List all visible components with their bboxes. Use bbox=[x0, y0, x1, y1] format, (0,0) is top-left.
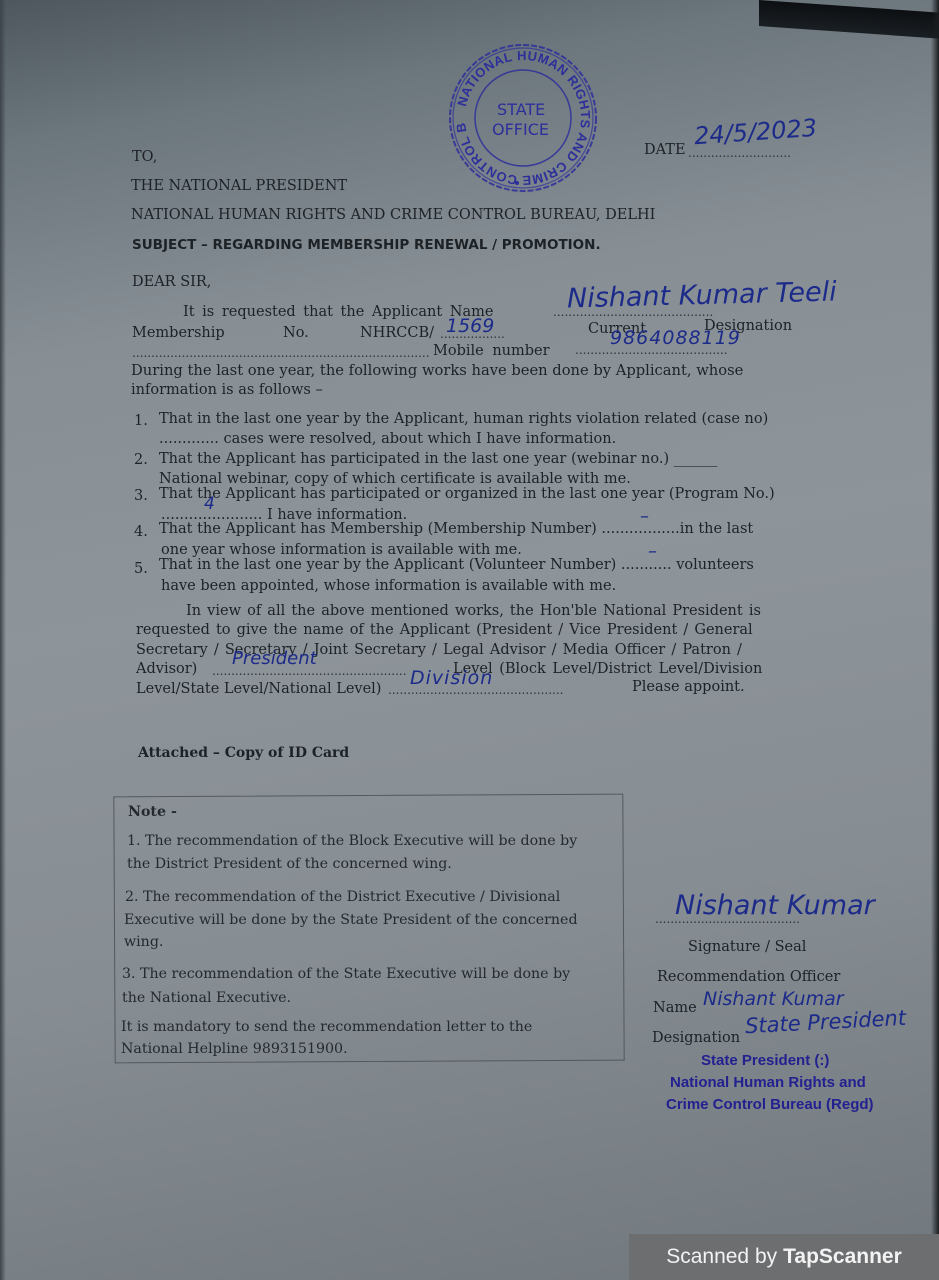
signature-label: Signature / Seal bbox=[688, 939, 806, 955]
officer-designation-label: Designation bbox=[652, 1030, 740, 1046]
post-value: President bbox=[232, 648, 317, 669]
officer-name-value: Nishant Kumar bbox=[703, 988, 844, 1010]
signature-value: Nishant Kumar bbox=[675, 890, 875, 921]
request-line3: Secretary / Secretary / Joint Secretary … bbox=[136, 642, 742, 658]
designation-dotted-line: ........................................… bbox=[132, 346, 430, 360]
stamp-center-line1: STATE bbox=[497, 100, 545, 119]
note-mandatory-line1: It is mandatory to send the recommendati… bbox=[121, 1019, 532, 1035]
state-office-stamp: NATIONAL HUMAN RIGHTS AND CRIME CONTROL … bbox=[445, 42, 601, 194]
stamp-center-line2: OFFICE bbox=[492, 120, 549, 139]
right-edge-shadow bbox=[931, 0, 939, 1280]
request-line5-end: Please appoint. bbox=[632, 679, 745, 695]
no-label: No. bbox=[283, 325, 309, 341]
note-item1-line2: the District President of the concerned … bbox=[127, 856, 452, 872]
scanner-watermark: Scanned by TapScanner bbox=[629, 1234, 939, 1280]
request-line5-start: Level/State Level/National Level) bbox=[136, 681, 381, 697]
seal-line2: National Human Rights and bbox=[670, 1074, 866, 1091]
recipient-line1: THE NATIONAL PRESIDENT bbox=[131, 178, 347, 194]
mobile-label: Mobile number bbox=[433, 343, 550, 359]
recommendation-officer-label: Recommendation Officer bbox=[657, 969, 840, 985]
works-intro-line2: information is as follows – bbox=[131, 382, 323, 398]
program-number-value: 4 bbox=[204, 494, 215, 514]
volunteer-count-value: – bbox=[648, 541, 657, 562]
salutation: DEAR SIR, bbox=[132, 274, 211, 290]
seal-line3: Crime Control Bureau (Regd) bbox=[666, 1096, 874, 1113]
seal-line1: State President (:) bbox=[701, 1052, 829, 1069]
date-label: DATE bbox=[644, 142, 686, 158]
left-edge-shadow bbox=[0, 0, 6, 1280]
membership-prefix: NHRCCB/ bbox=[360, 325, 434, 341]
membership-number-value: 1569 bbox=[446, 315, 494, 337]
note-item2-line2: Executive will be done by the State Pres… bbox=[124, 912, 578, 928]
request-line4-end: Level (Block Level/District Level/Divisi… bbox=[453, 661, 762, 677]
mobile-number-value: 9864088119 bbox=[610, 327, 741, 349]
watermark-prefix: Scanned by bbox=[666, 1245, 777, 1269]
level-value: Division bbox=[410, 667, 493, 689]
watermark-brand: TapScanner bbox=[783, 1245, 902, 1269]
note-item1-line1: 1. The recommendation of the Block Execu… bbox=[127, 833, 577, 849]
works-intro-line1: During the last one year, the following … bbox=[131, 362, 743, 379]
officer-name-label: Name bbox=[653, 1000, 697, 1016]
request-line1: In view of all the above mentioned works… bbox=[186, 603, 761, 619]
attached-line: Attached – Copy of ID Card bbox=[138, 745, 349, 761]
membership-label: Membership bbox=[132, 325, 225, 341]
request-line4-start: Advisor) bbox=[136, 661, 197, 677]
note-item2-line3: wing. bbox=[124, 934, 163, 950]
membership-count-value: – bbox=[640, 506, 649, 527]
note-item2-line1: 2. The recommendation of the District Ex… bbox=[125, 889, 560, 905]
subject-line: SUBJECT – REGARDING MEMBERSHIP RENEWAL /… bbox=[132, 237, 601, 253]
note-item3-line1: 3. The recommendation of the State Execu… bbox=[122, 966, 570, 982]
note-title: Note - bbox=[128, 804, 177, 820]
note-mandatory-line2: National Helpline 9893151900. bbox=[121, 1041, 348, 1057]
note-item3-line2: the National Executive. bbox=[122, 990, 291, 1006]
request-line2: requested to give the name of the Applic… bbox=[136, 622, 753, 638]
recipient-line2: NATIONAL HUMAN RIGHTS AND CRIME CONTROL … bbox=[131, 207, 655, 223]
to-label: TO, bbox=[132, 149, 157, 165]
